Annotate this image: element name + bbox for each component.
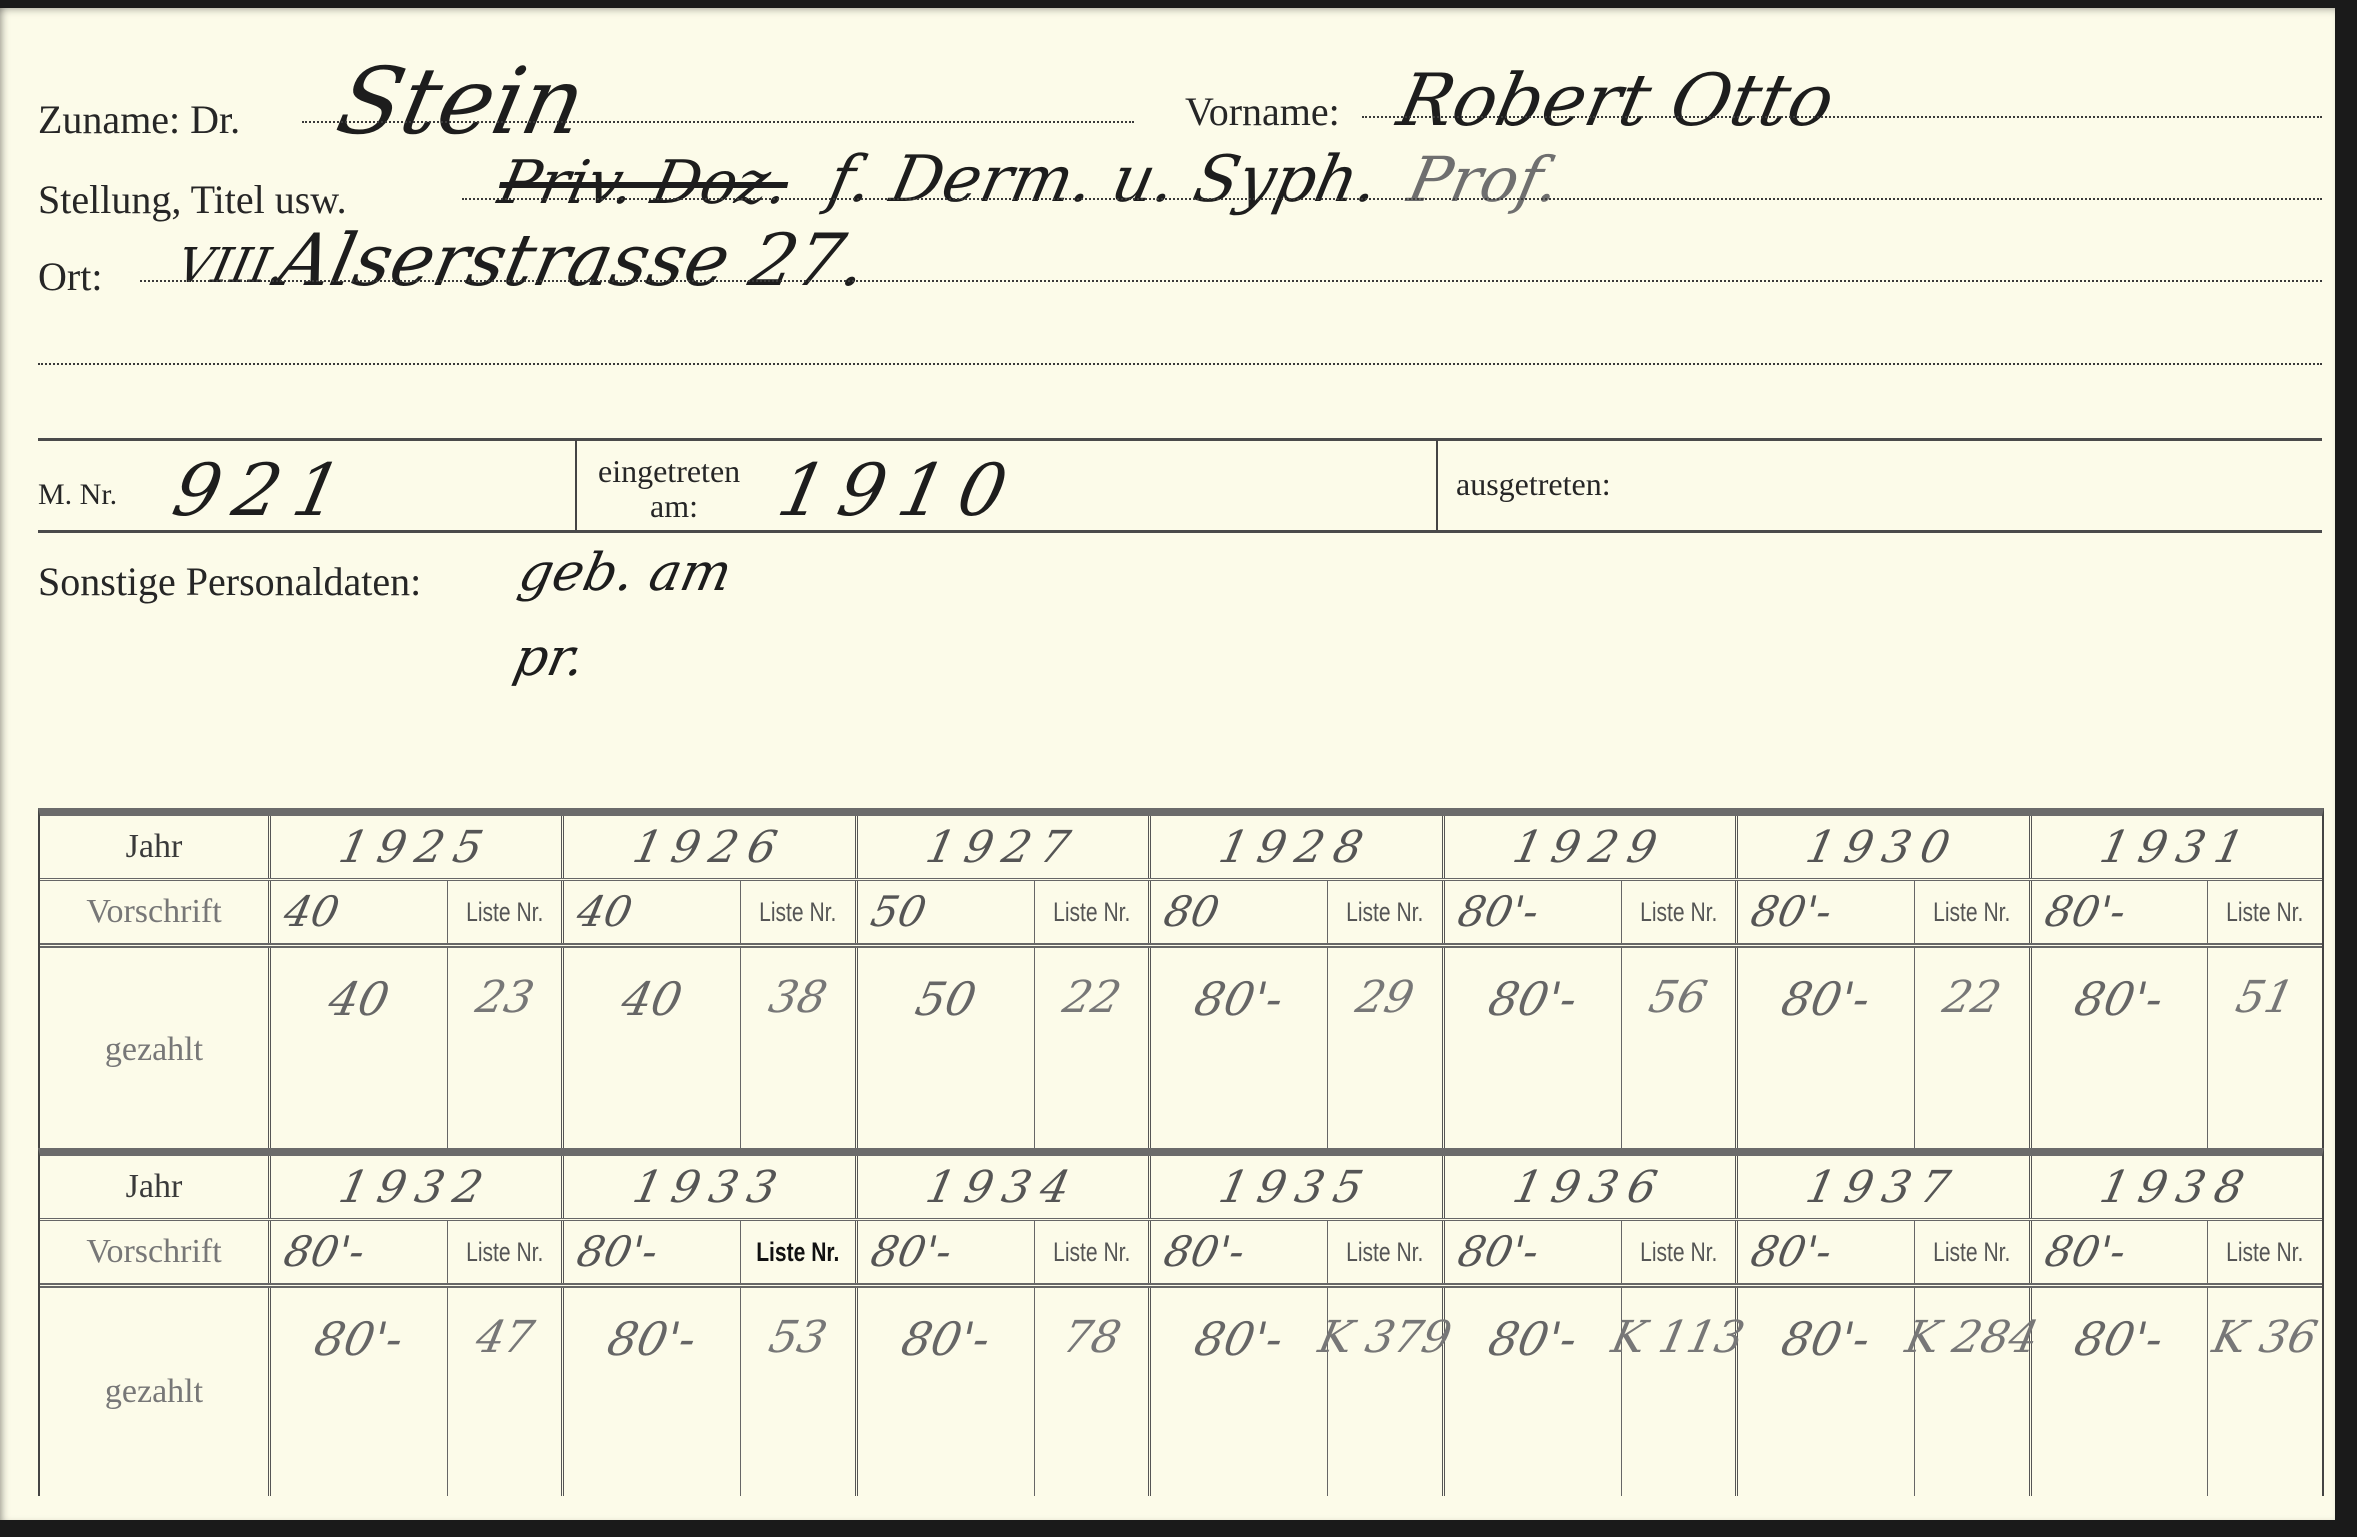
vorschrift-cell-pair: 80Liste Nr. xyxy=(1151,881,1444,943)
year-cell: 1933 xyxy=(564,1156,857,1218)
year-value: 1926 xyxy=(628,822,791,873)
liste-number-value: K 284 xyxy=(1901,1312,2043,1363)
gezahlt-value: 80'- xyxy=(310,1312,408,1366)
vorschrift-value: 80'- xyxy=(2040,1227,2130,1276)
year-cell: 1935 xyxy=(1151,1156,1444,1218)
jahr-label: Jahr xyxy=(40,1156,271,1218)
gezahlt-amount-cell: 80'- xyxy=(1738,1288,1915,1496)
membership-card: Zuname: Dr. Stein Vorname: Robert Otto S… xyxy=(0,8,2335,1520)
vorschrift-value: 80'- xyxy=(280,1227,370,1276)
liste-number-value: 47 xyxy=(471,1312,538,1363)
year-value: 1936 xyxy=(1508,1162,1671,1213)
year-cell: 1934 xyxy=(858,1156,1151,1218)
sonstige-line1: geb. am xyxy=(514,543,737,603)
liste-number-value: K 113 xyxy=(1608,1312,1750,1363)
gezahlt-amount-cell: 80'- xyxy=(2032,948,2209,1151)
year-cell: 1937 xyxy=(1738,1156,2031,1218)
liste-number-cell: K 113 xyxy=(1622,1288,1736,1496)
stellung-label: Stellung, Titel usw. xyxy=(38,176,347,223)
vorschrift-value: 80'- xyxy=(573,1227,663,1276)
gezahlt-cell-pair: 80'-K 113 xyxy=(1445,1288,1738,1496)
gezahlt-amount-cell: 80'- xyxy=(2032,1288,2209,1496)
gezahlt-value: 80'- xyxy=(1484,972,1582,1026)
liste-number-cell: K 379 xyxy=(1328,1288,1442,1496)
vorschrift-amount-cell: 80 xyxy=(1151,881,1328,943)
liste-number-cell: 29 xyxy=(1328,948,1442,1151)
year-value: 1938 xyxy=(2095,1162,2258,1213)
liste-header-cell: Liste Nr. xyxy=(741,1221,855,1283)
sonstige-line2: pr. xyxy=(509,628,591,688)
vorschrift-label: Vorschrift xyxy=(40,881,271,943)
ort-district: VIII. xyxy=(172,238,291,294)
vorschrift-cell-pair: 80'-Liste Nr. xyxy=(2032,881,2322,943)
liste-number-value: 51 xyxy=(2232,972,2299,1023)
vorschrift-label: Vorschrift xyxy=(40,1221,271,1283)
gezahlt-value: 80'- xyxy=(1777,1312,1875,1366)
year-value: 1933 xyxy=(628,1162,791,1213)
year-value: 1927 xyxy=(922,822,1085,873)
membership-divider-2 xyxy=(1436,440,1438,530)
vorschrift-row: Vorschrift40Liste Nr.40Liste Nr.50Liste … xyxy=(40,881,2322,948)
vorschrift-cell-pair: 80'-Liste Nr. xyxy=(1151,1221,1444,1283)
vorschrift-cell-pair: 40Liste Nr. xyxy=(564,881,857,943)
liste-header-cell: Liste Nr. xyxy=(1622,881,1736,943)
year-value: 1928 xyxy=(1215,822,1378,873)
mnr-value: 921 xyxy=(166,448,363,532)
year-cell: 1936 xyxy=(1445,1156,1738,1218)
year-cell: 1930 xyxy=(1738,816,2031,878)
stellung-value: f. Derm. u. Syph. xyxy=(822,143,1385,217)
gezahlt-cell-pair: 80'-51 xyxy=(2032,948,2322,1151)
year-value: 1929 xyxy=(1508,822,1671,873)
vorname-label: Vorname: xyxy=(1185,88,1340,135)
liste-header-cell: Liste Nr. xyxy=(1915,881,2029,943)
year-cell: 1929 xyxy=(1445,816,1738,878)
mnr-label: M. Nr. xyxy=(38,478,117,512)
vorschrift-value: 80'- xyxy=(2040,887,2130,936)
liste-header-cell: Liste Nr. xyxy=(2208,881,2322,943)
liste-number-value: K 379 xyxy=(1314,1312,1456,1363)
gezahlt-value: 80'- xyxy=(1777,972,1875,1026)
year-cell: 1925 xyxy=(271,816,564,878)
extra-line xyxy=(38,363,2322,365)
vorschrift-cell-pair: 80'-Liste Nr. xyxy=(858,1221,1151,1283)
gezahlt-row: gezahlt80'-4780'-5380'-7880'-K 37980'-K … xyxy=(40,1288,2322,1496)
ledger-1932-1938: Jahr1932193319341935193619371938 Vorschr… xyxy=(38,1148,2324,1496)
liste-number-cell: 23 xyxy=(448,948,562,1151)
year-cell: 1928 xyxy=(1151,816,1444,878)
year-value: 1930 xyxy=(1802,822,1965,873)
liste-number-value: 29 xyxy=(1352,972,1419,1023)
liste-nr-label: Liste Nr. xyxy=(754,881,843,943)
gezahlt-amount-cell: 80'- xyxy=(1151,1288,1328,1496)
eingetreten-value: 1910 xyxy=(771,448,1028,532)
vorschrift-cell-pair: 50Liste Nr. xyxy=(858,881,1151,943)
gezahlt-amount-cell: 80'- xyxy=(1445,1288,1622,1496)
gezahlt-row: gezahlt40234038502280'-2980'-5680'-2280'… xyxy=(40,948,2322,1151)
gezahlt-amount-cell: 80'- xyxy=(271,1288,448,1496)
vorschrift-value: 80'- xyxy=(867,1227,957,1276)
eingetreten-label-line1: eingetreten xyxy=(598,453,740,490)
year-value: 1931 xyxy=(2095,822,2258,873)
liste-nr-label: Liste Nr. xyxy=(2221,881,2310,943)
year-value: 1925 xyxy=(335,822,498,873)
vorschrift-amount-cell: 80'- xyxy=(2032,1221,2209,1283)
stellung-pencil-note: Prof. xyxy=(1402,143,1567,216)
liste-header-cell: Liste Nr. xyxy=(1328,881,1442,943)
vorschrift-value: 40 xyxy=(280,887,344,936)
gezahlt-value: 80'- xyxy=(603,1312,701,1366)
year-value: 1932 xyxy=(335,1162,498,1213)
liste-nr-label: Liste Nr. xyxy=(1634,881,1723,943)
vorschrift-amount-cell: 80'- xyxy=(2032,881,2209,943)
liste-nr-label: Liste Nr. xyxy=(1341,881,1430,943)
liste-header-cell: Liste Nr. xyxy=(1328,1221,1442,1283)
vorschrift-amount-cell: 80'- xyxy=(1738,881,1915,943)
gezahlt-cell-pair: 4023 xyxy=(271,948,564,1151)
stellung-line xyxy=(462,198,2322,200)
liste-header-cell: Liste Nr. xyxy=(448,881,562,943)
gezahlt-label: gezahlt xyxy=(40,948,271,1151)
liste-header-cell: Liste Nr. xyxy=(1035,1221,1149,1283)
vorschrift-amount-cell: 80'- xyxy=(564,1221,741,1283)
gezahlt-cell-pair: 80'-47 xyxy=(271,1288,564,1496)
liste-number-cell: 47 xyxy=(448,1288,562,1496)
gezahlt-value: 80'- xyxy=(2070,1312,2168,1366)
liste-nr-label: Liste Nr. xyxy=(1634,1221,1723,1283)
gezahlt-cell-pair: 80'-29 xyxy=(1151,948,1444,1151)
vorschrift-amount-cell: 40 xyxy=(271,881,448,943)
zuname-line xyxy=(302,121,1134,123)
vorschrift-amount-cell: 80'- xyxy=(1151,1221,1328,1283)
liste-number-value: 78 xyxy=(1058,1312,1125,1363)
gezahlt-cell-pair: 5022 xyxy=(858,948,1151,1151)
jahr-row: Jahr1932193319341935193619371938 xyxy=(40,1156,2322,1221)
liste-number-cell: K 36 xyxy=(2208,1288,2322,1496)
vorschrift-amount-cell: 80'- xyxy=(1738,1221,1915,1283)
gezahlt-value: 80'- xyxy=(1190,972,1288,1026)
gezahlt-amount-cell: 80'- xyxy=(564,1288,741,1496)
gezahlt-amount-cell: 40 xyxy=(564,948,741,1151)
liste-number-cell: 51 xyxy=(2208,948,2322,1151)
liste-nr-label: Liste Nr. xyxy=(1047,881,1136,943)
gezahlt-value: 80'- xyxy=(1190,1312,1288,1366)
ledger-1925-1931: Jahr1925192619271928192919301931 Vorschr… xyxy=(38,808,2324,1151)
vorschrift-amount-cell: 80'- xyxy=(1445,1221,1622,1283)
vorschrift-cell-pair: 80'-Liste Nr. xyxy=(1738,1221,2031,1283)
vorschrift-cell-pair: 80'-Liste Nr. xyxy=(564,1221,857,1283)
liste-header-cell: Liste Nr. xyxy=(448,1221,562,1283)
vorschrift-value: 80'- xyxy=(1453,887,1543,936)
vorschrift-amount-cell: 80'- xyxy=(271,1221,448,1283)
liste-nr-label: Liste Nr. xyxy=(460,881,549,943)
liste-number-cell: 53 xyxy=(741,1288,855,1496)
gezahlt-cell-pair: 80'-53 xyxy=(564,1288,857,1496)
gezahlt-value: 80'- xyxy=(897,1312,995,1366)
liste-nr-label: Liste Nr. xyxy=(1341,1221,1430,1283)
liste-header-cell: Liste Nr. xyxy=(741,881,855,943)
vorschrift-cell-pair: 80'-Liste Nr. xyxy=(2032,1221,2322,1283)
liste-number-value: 53 xyxy=(765,1312,832,1363)
gezahlt-label: gezahlt xyxy=(40,1288,271,1496)
membership-divider-1 xyxy=(575,440,577,530)
gezahlt-cell-pair: 4038 xyxy=(564,948,857,1151)
membership-top-rule xyxy=(38,438,2322,441)
vorschrift-amount-cell: 80'- xyxy=(858,1221,1035,1283)
liste-header-cell: Liste Nr. xyxy=(1915,1221,2029,1283)
year-cell: 1932 xyxy=(271,1156,564,1218)
liste-nr-label: Liste Nr. xyxy=(2221,1221,2310,1283)
liste-number-value: 22 xyxy=(1058,972,1125,1023)
gezahlt-value: 40 xyxy=(324,972,394,1026)
liste-number-cell: 38 xyxy=(741,948,855,1151)
gezahlt-amount-cell: 50 xyxy=(858,948,1035,1151)
liste-nr-label: Liste Nr. xyxy=(754,1221,843,1283)
year-cell: 1931 xyxy=(2032,816,2322,878)
liste-nr-label: Liste Nr. xyxy=(1928,1221,2017,1283)
vorschrift-value: 80'- xyxy=(1160,1227,1250,1276)
vorschrift-amount-cell: 50 xyxy=(858,881,1035,943)
vorschrift-cell-pair: 80'-Liste Nr. xyxy=(1445,881,1738,943)
vorschrift-value: 50 xyxy=(867,887,931,936)
liste-header-cell: Liste Nr. xyxy=(1035,881,1149,943)
year-value: 1935 xyxy=(1215,1162,1378,1213)
stellung-struck-value: Priv. Doz. xyxy=(493,148,796,218)
gezahlt-amount-cell: 40 xyxy=(271,948,448,1151)
ort-value: Alserstrasse 27. xyxy=(271,218,875,302)
vorschrift-amount-cell: 40 xyxy=(564,881,741,943)
gezahlt-cell-pair: 80'-K 284 xyxy=(1738,1288,2031,1496)
gezahlt-cell-pair: 80'-22 xyxy=(1738,948,2031,1151)
year-cell: 1926 xyxy=(564,816,857,878)
membership-bottom-rule xyxy=(38,530,2322,533)
gezahlt-cell-pair: 80'-56 xyxy=(1445,948,1738,1151)
gezahlt-amount-cell: 80'- xyxy=(858,1288,1035,1496)
vorschrift-value: 80'- xyxy=(1747,887,1837,936)
eingetreten-label-line2: am: xyxy=(650,488,698,525)
zuname-value: Stein xyxy=(329,48,595,155)
liste-number-cell: 22 xyxy=(1915,948,2029,1151)
liste-number-value: K 36 xyxy=(2208,1312,2322,1363)
year-value: 1934 xyxy=(922,1162,1085,1213)
ausgetreten-label: ausgetreten: xyxy=(1456,466,1611,503)
liste-number-value: 22 xyxy=(1938,972,2005,1023)
gezahlt-amount-cell: 80'- xyxy=(1151,948,1328,1151)
vorschrift-value: 80'- xyxy=(1453,1227,1543,1276)
gezahlt-value: 80'- xyxy=(1484,1312,1582,1366)
year-value: 1937 xyxy=(1802,1162,1965,1213)
liste-number-value: 38 xyxy=(765,972,832,1023)
liste-number-value: 23 xyxy=(471,972,538,1023)
year-cell: 1927 xyxy=(858,816,1151,878)
gezahlt-value: 50 xyxy=(911,972,981,1026)
liste-number-cell: 78 xyxy=(1035,1288,1149,1496)
vorschrift-amount-cell: 80'- xyxy=(1445,881,1622,943)
year-cell: 1938 xyxy=(2032,1156,2322,1218)
zuname-label: Zuname: Dr. xyxy=(38,96,240,143)
liste-nr-label: Liste Nr. xyxy=(460,1221,549,1283)
liste-number-cell: 56 xyxy=(1622,948,1736,1151)
vorname-value: Robert Otto xyxy=(1391,58,1842,142)
vorname-line xyxy=(1362,116,2322,118)
vorschrift-cell-pair: 80'-Liste Nr. xyxy=(1445,1221,1738,1283)
ort-line xyxy=(140,280,2322,282)
jahr-label: Jahr xyxy=(40,816,271,878)
liste-number-cell: 22 xyxy=(1035,948,1149,1151)
vorschrift-cell-pair: 80'-Liste Nr. xyxy=(271,1221,564,1283)
vorschrift-value: 80 xyxy=(1160,887,1224,936)
gezahlt-value: 40 xyxy=(617,972,687,1026)
vorschrift-value: 40 xyxy=(573,887,637,936)
vorschrift-cell-pair: 40Liste Nr. xyxy=(271,881,564,943)
vorschrift-row: Vorschrift80'-Liste Nr.80'-Liste Nr.80'-… xyxy=(40,1221,2322,1288)
gezahlt-cell-pair: 80'-K 379 xyxy=(1151,1288,1444,1496)
gezahlt-value: 80'- xyxy=(2070,972,2168,1026)
liste-number-value: 56 xyxy=(1645,972,1712,1023)
gezahlt-cell-pair: 80'-K 36 xyxy=(2032,1288,2322,1496)
liste-nr-label: Liste Nr. xyxy=(1928,881,2017,943)
vorschrift-value: 80'- xyxy=(1747,1227,1837,1276)
sonstige-label: Sonstige Personaldaten: xyxy=(38,558,421,605)
liste-nr-label: Liste Nr. xyxy=(1047,1221,1136,1283)
liste-header-cell: Liste Nr. xyxy=(1622,1221,1736,1283)
jahr-row: Jahr1925192619271928192919301931 xyxy=(40,816,2322,881)
ort-label: Ort: xyxy=(38,253,102,300)
liste-number-cell: K 284 xyxy=(1915,1288,2029,1496)
liste-header-cell: Liste Nr. xyxy=(2208,1221,2322,1283)
gezahlt-amount-cell: 80'- xyxy=(1738,948,1915,1151)
gezahlt-cell-pair: 80'-78 xyxy=(858,1288,1151,1496)
gezahlt-amount-cell: 80'- xyxy=(1445,948,1622,1151)
vorschrift-cell-pair: 80'-Liste Nr. xyxy=(1738,881,2031,943)
